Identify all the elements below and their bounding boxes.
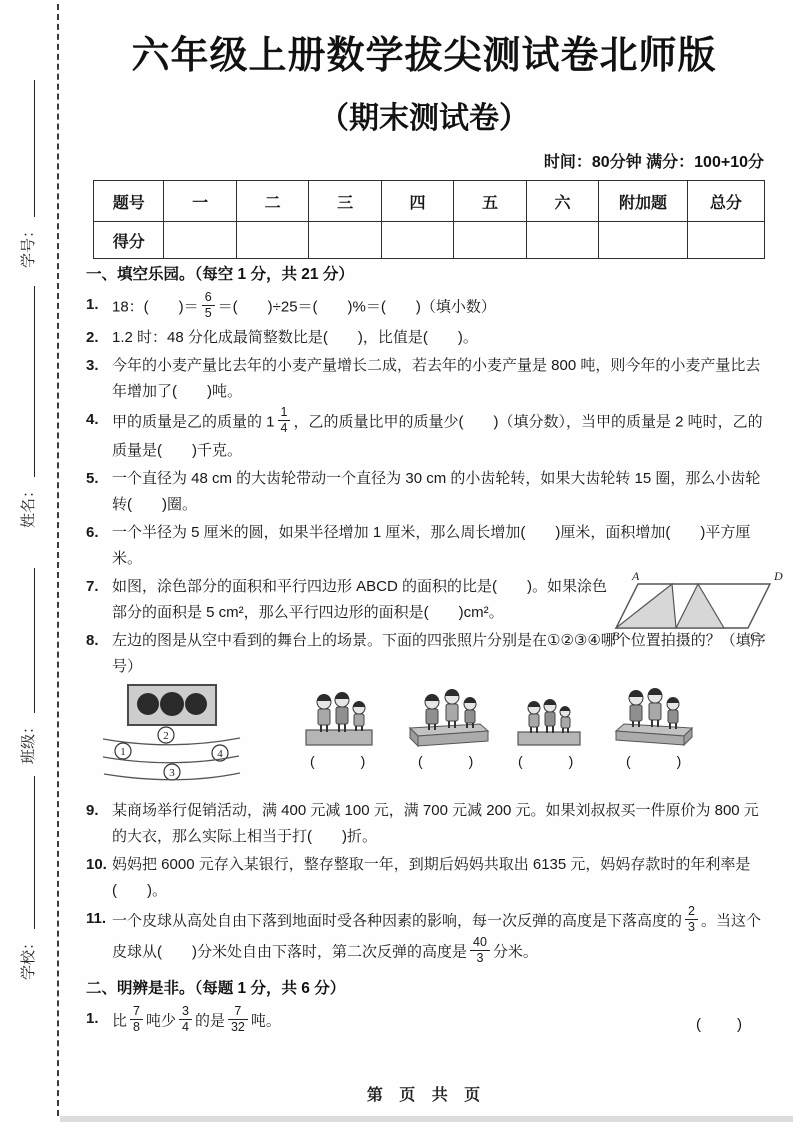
question-11: 11. 一个皮球从高处自由下落到地面时受各种因素的影响，每一次反弹的高度是下落高…	[86, 906, 768, 968]
page: 学号： 姓名： 班级： 学校： 六年级上册数学拔尖测试卷北师版 （期末测试卷） …	[0, 0, 793, 1122]
question-text: 18：( )＝65＝( )÷25＝( )%＝( )（填小数）	[112, 292, 768, 323]
photo-4	[610, 684, 702, 750]
position-label-3: 3	[164, 764, 180, 780]
denominator: 8	[130, 1019, 143, 1035]
fraction-2-3: 23	[685, 904, 698, 935]
fraction-40-3: 403	[470, 935, 490, 966]
kids-figures	[528, 699, 570, 733]
text-segment: 一个皮球从高处自由下落到地面时受各种因素的影响，每一次反弹的高度是下落高度的	[112, 912, 682, 929]
score-cell-empty	[599, 222, 688, 259]
student-id-blank-line	[34, 80, 35, 217]
col-section-4: 四	[381, 181, 453, 222]
col-section-5: 五	[454, 181, 526, 222]
question-text: 比78吨少34的是732吨。	[112, 1006, 768, 1037]
question-1: 1. 18：( )＝65＝( )÷25＝( )%＝( )（填小数）	[86, 292, 768, 323]
section2-question-1: 1. 比78吨少34的是732吨。 ( )	[86, 1006, 768, 1037]
label-A: A	[631, 569, 640, 583]
binding-dashed-line	[57, 4, 59, 1116]
question-number: 3.	[86, 353, 112, 379]
score-row-label: 得分	[94, 222, 164, 259]
score-table-score-row: 得分	[94, 222, 765, 259]
page-title: 六年级上册数学拔尖测试卷北师版	[62, 24, 786, 79]
stage-top-view-figure: 2 1 4 3	[100, 682, 250, 792]
shaded-triangle-1	[616, 584, 676, 628]
col-question-no: 题号	[94, 181, 164, 222]
fraction-3-4: 34	[179, 1004, 192, 1035]
fraction-7-8: 78	[130, 1004, 143, 1035]
fraction-1-4: 14	[278, 405, 291, 436]
col-total: 总分	[687, 181, 764, 222]
denominator: 4	[179, 1019, 192, 1035]
fraction-7-32: 732	[228, 1004, 248, 1035]
class-blank-line	[34, 568, 35, 713]
col-section-6: 六	[526, 181, 598, 222]
position-label-2: 2	[158, 727, 174, 743]
name-label: 姓名：	[17, 483, 38, 528]
question-number: 2.	[86, 325, 112, 351]
text-segment: 吨。	[251, 1012, 281, 1029]
svg-text:1: 1	[120, 746, 126, 758]
text-segment: 甲的质量是乙的质量的 1	[112, 413, 275, 430]
question-text: 一个半径为 5 厘米的圆，如果半径增加 1 厘米，那么周长增加( )厘米，面积增…	[112, 520, 768, 572]
numerator: 7	[130, 1004, 143, 1019]
shaded-triangle-2	[676, 584, 724, 628]
kids-figures	[425, 689, 476, 730]
question-text: 今年的小麦产量比去年的小麦产量增长二成，若去年的小麦产量是 800 吨，则今年的…	[112, 353, 768, 405]
denominator: 32	[228, 1019, 248, 1035]
denominator: 3	[685, 919, 698, 935]
platform	[306, 730, 372, 745]
numerator: 1	[278, 405, 291, 420]
performer-dot	[185, 693, 207, 715]
student-id-label: 学号：	[17, 223, 38, 268]
photo-2-answer: ( )	[418, 748, 479, 774]
denominator: 5	[202, 305, 215, 321]
photo-3	[510, 692, 590, 748]
score-table: 题号 一 二 三 四 五 六 附加题 总分 得分	[93, 180, 765, 259]
text-segment: 吨少	[146, 1012, 176, 1029]
label-B: B	[612, 629, 620, 642]
numerator: 6	[202, 290, 215, 305]
text-segment: ＝( )÷25＝( )%＝( )（填小数）	[218, 298, 496, 315]
question-text: 某商场举行促销活动，满 400 元减 100 元，满 700 元减 200 元。…	[112, 798, 768, 850]
denominator: 4	[278, 420, 291, 436]
scan-edge-artifact	[60, 1116, 793, 1122]
photo-1-answer: ( )	[310, 748, 371, 774]
numerator: 3	[179, 1004, 192, 1019]
school-label: 学校：	[17, 935, 38, 980]
question-3: 3. 今年的小麦产量比去年的小麦产量增长二成，若去年的小麦产量是 800 吨，则…	[86, 353, 768, 405]
col-section-3: 三	[309, 181, 381, 222]
true-false-answer-blank: ( )	[696, 1012, 744, 1038]
question-text: 1.2 时：48 分化成最简整数比是( )，比值是( )。	[112, 325, 768, 351]
question-text: 一个直径为 48 cm 的大齿轮带动一个直径为 30 cm 的小齿轮转，如果大齿…	[112, 466, 768, 518]
numerator: 2	[685, 904, 698, 919]
position-label-1: 1	[115, 743, 131, 759]
score-cell-empty	[236, 222, 308, 259]
col-bonus: 附加题	[599, 181, 688, 222]
question-number: 7.	[86, 574, 112, 600]
question-2: 2. 1.2 时：48 分化成最简整数比是( )，比值是( )。	[86, 325, 768, 351]
question-number: 9.	[86, 798, 112, 824]
school-blank-line	[34, 776, 35, 929]
question-5: 5. 一个直径为 48 cm 的大齿轮带动一个直径为 30 cm 的小齿轮转，如…	[86, 466, 768, 518]
question-text: 妈妈把 6000 元存入某银行，整存整取一年，到期后妈妈共取出 6135 元，妈…	[112, 852, 768, 904]
col-section-2: 二	[236, 181, 308, 222]
performer-dot	[137, 693, 159, 715]
question-number: 10.	[86, 852, 112, 878]
exam-meta: 时间：80分钟 满分：100+10分	[62, 149, 786, 172]
header: 六年级上册数学拔尖测试卷北师版 （期末测试卷） 时间：80分钟 满分：100+1…	[62, 24, 786, 172]
section-2-title: 二、明辨是非。（每题 1 分，共 6 分）	[86, 976, 768, 1002]
class-label: 班级：	[17, 719, 38, 764]
photo-1	[296, 686, 384, 748]
kids-figures	[317, 692, 365, 732]
text-segment: 比	[112, 1012, 127, 1029]
photo-4-answer: ( )	[626, 748, 687, 774]
question-6: 6. 一个半径为 5 厘米的圆，如果半径增加 1 厘米，那么周长增加( )厘米，…	[86, 520, 768, 572]
question-10: 10. 妈妈把 6000 元存入某银行，整存整取一年，到期后妈妈共取出 6135…	[86, 852, 768, 904]
text-segment: 18：( )＝	[112, 298, 199, 315]
question-number: 6.	[86, 520, 112, 546]
score-cell-empty	[454, 222, 526, 259]
question-9: 9. 某商场举行促销活动，满 400 元减 100 元，满 700 元减 200…	[86, 798, 768, 850]
question-number: 1.	[86, 292, 112, 318]
question-8-figures: 2 1 4 3	[86, 682, 768, 794]
sidebar-field-class: 班级：	[14, 568, 38, 764]
svg-text:3: 3	[169, 767, 175, 779]
photo-3-answer: ( )	[518, 748, 579, 774]
photo-2	[402, 684, 494, 750]
questions-area: 一、填空乐园。（每空 1 分，共 21 分） 1. 18：( )＝65＝( )÷…	[86, 260, 768, 1039]
sidebar-field-school: 学校：	[14, 776, 38, 980]
question-text: 一个皮球从高处自由下落到地面时受各种因素的影响，每一次反弹的高度是下落高度的23…	[112, 906, 768, 968]
svg-text:4: 4	[217, 748, 223, 760]
sidebar-field-name: 姓名：	[14, 286, 38, 528]
score-cell-empty	[309, 222, 381, 259]
denominator: 3	[470, 950, 490, 966]
label-C: C	[750, 629, 759, 642]
col-section-1: 一	[164, 181, 236, 222]
text-segment: 分米。	[493, 943, 538, 960]
question-number: 4.	[86, 407, 112, 433]
score-table-header-row: 题号 一 二 三 四 五 六 附加题 总分	[94, 181, 765, 222]
numerator: 40	[470, 935, 490, 950]
question-text: 甲的质量是乙的质量的 114，乙的质量比甲的质量少( )（填分数），当甲的质量是…	[112, 407, 768, 464]
question-number: 5.	[86, 466, 112, 492]
text-segment: 的是	[195, 1012, 225, 1029]
name-blank-line	[34, 286, 35, 477]
score-cell-empty	[164, 222, 236, 259]
question-number: 1.	[86, 1006, 112, 1032]
parallelogram-figure: A D B C	[612, 568, 790, 642]
score-cell-empty	[381, 222, 453, 259]
fraction-6-5: 65	[202, 290, 215, 321]
question-number: 8.	[86, 628, 112, 654]
kids-figures	[629, 688, 679, 729]
section-1-title: 一、填空乐园。（每空 1 分，共 21 分）	[86, 262, 768, 288]
sidebar-field-student-id: 学号：	[14, 80, 38, 268]
platform	[518, 732, 580, 745]
score-cell-empty	[687, 222, 764, 259]
question-number: 11.	[86, 906, 112, 932]
performer-dot	[160, 692, 184, 716]
page-footer: 第 页 共 页	[60, 1082, 793, 1105]
label-D: D	[773, 569, 783, 583]
score-cell-empty	[526, 222, 598, 259]
question-4: 4. 甲的质量是乙的质量的 114，乙的质量比甲的质量少( )（填分数），当甲的…	[86, 407, 768, 464]
question-text: 如图，涂色部分的面积和平行四边形 ABCD 的面积的比是( )。如果涂色部分的面…	[112, 574, 617, 626]
numerator: 7	[228, 1004, 248, 1019]
svg-text:2: 2	[163, 730, 169, 742]
page-subtitle: （期末测试卷）	[62, 93, 786, 137]
